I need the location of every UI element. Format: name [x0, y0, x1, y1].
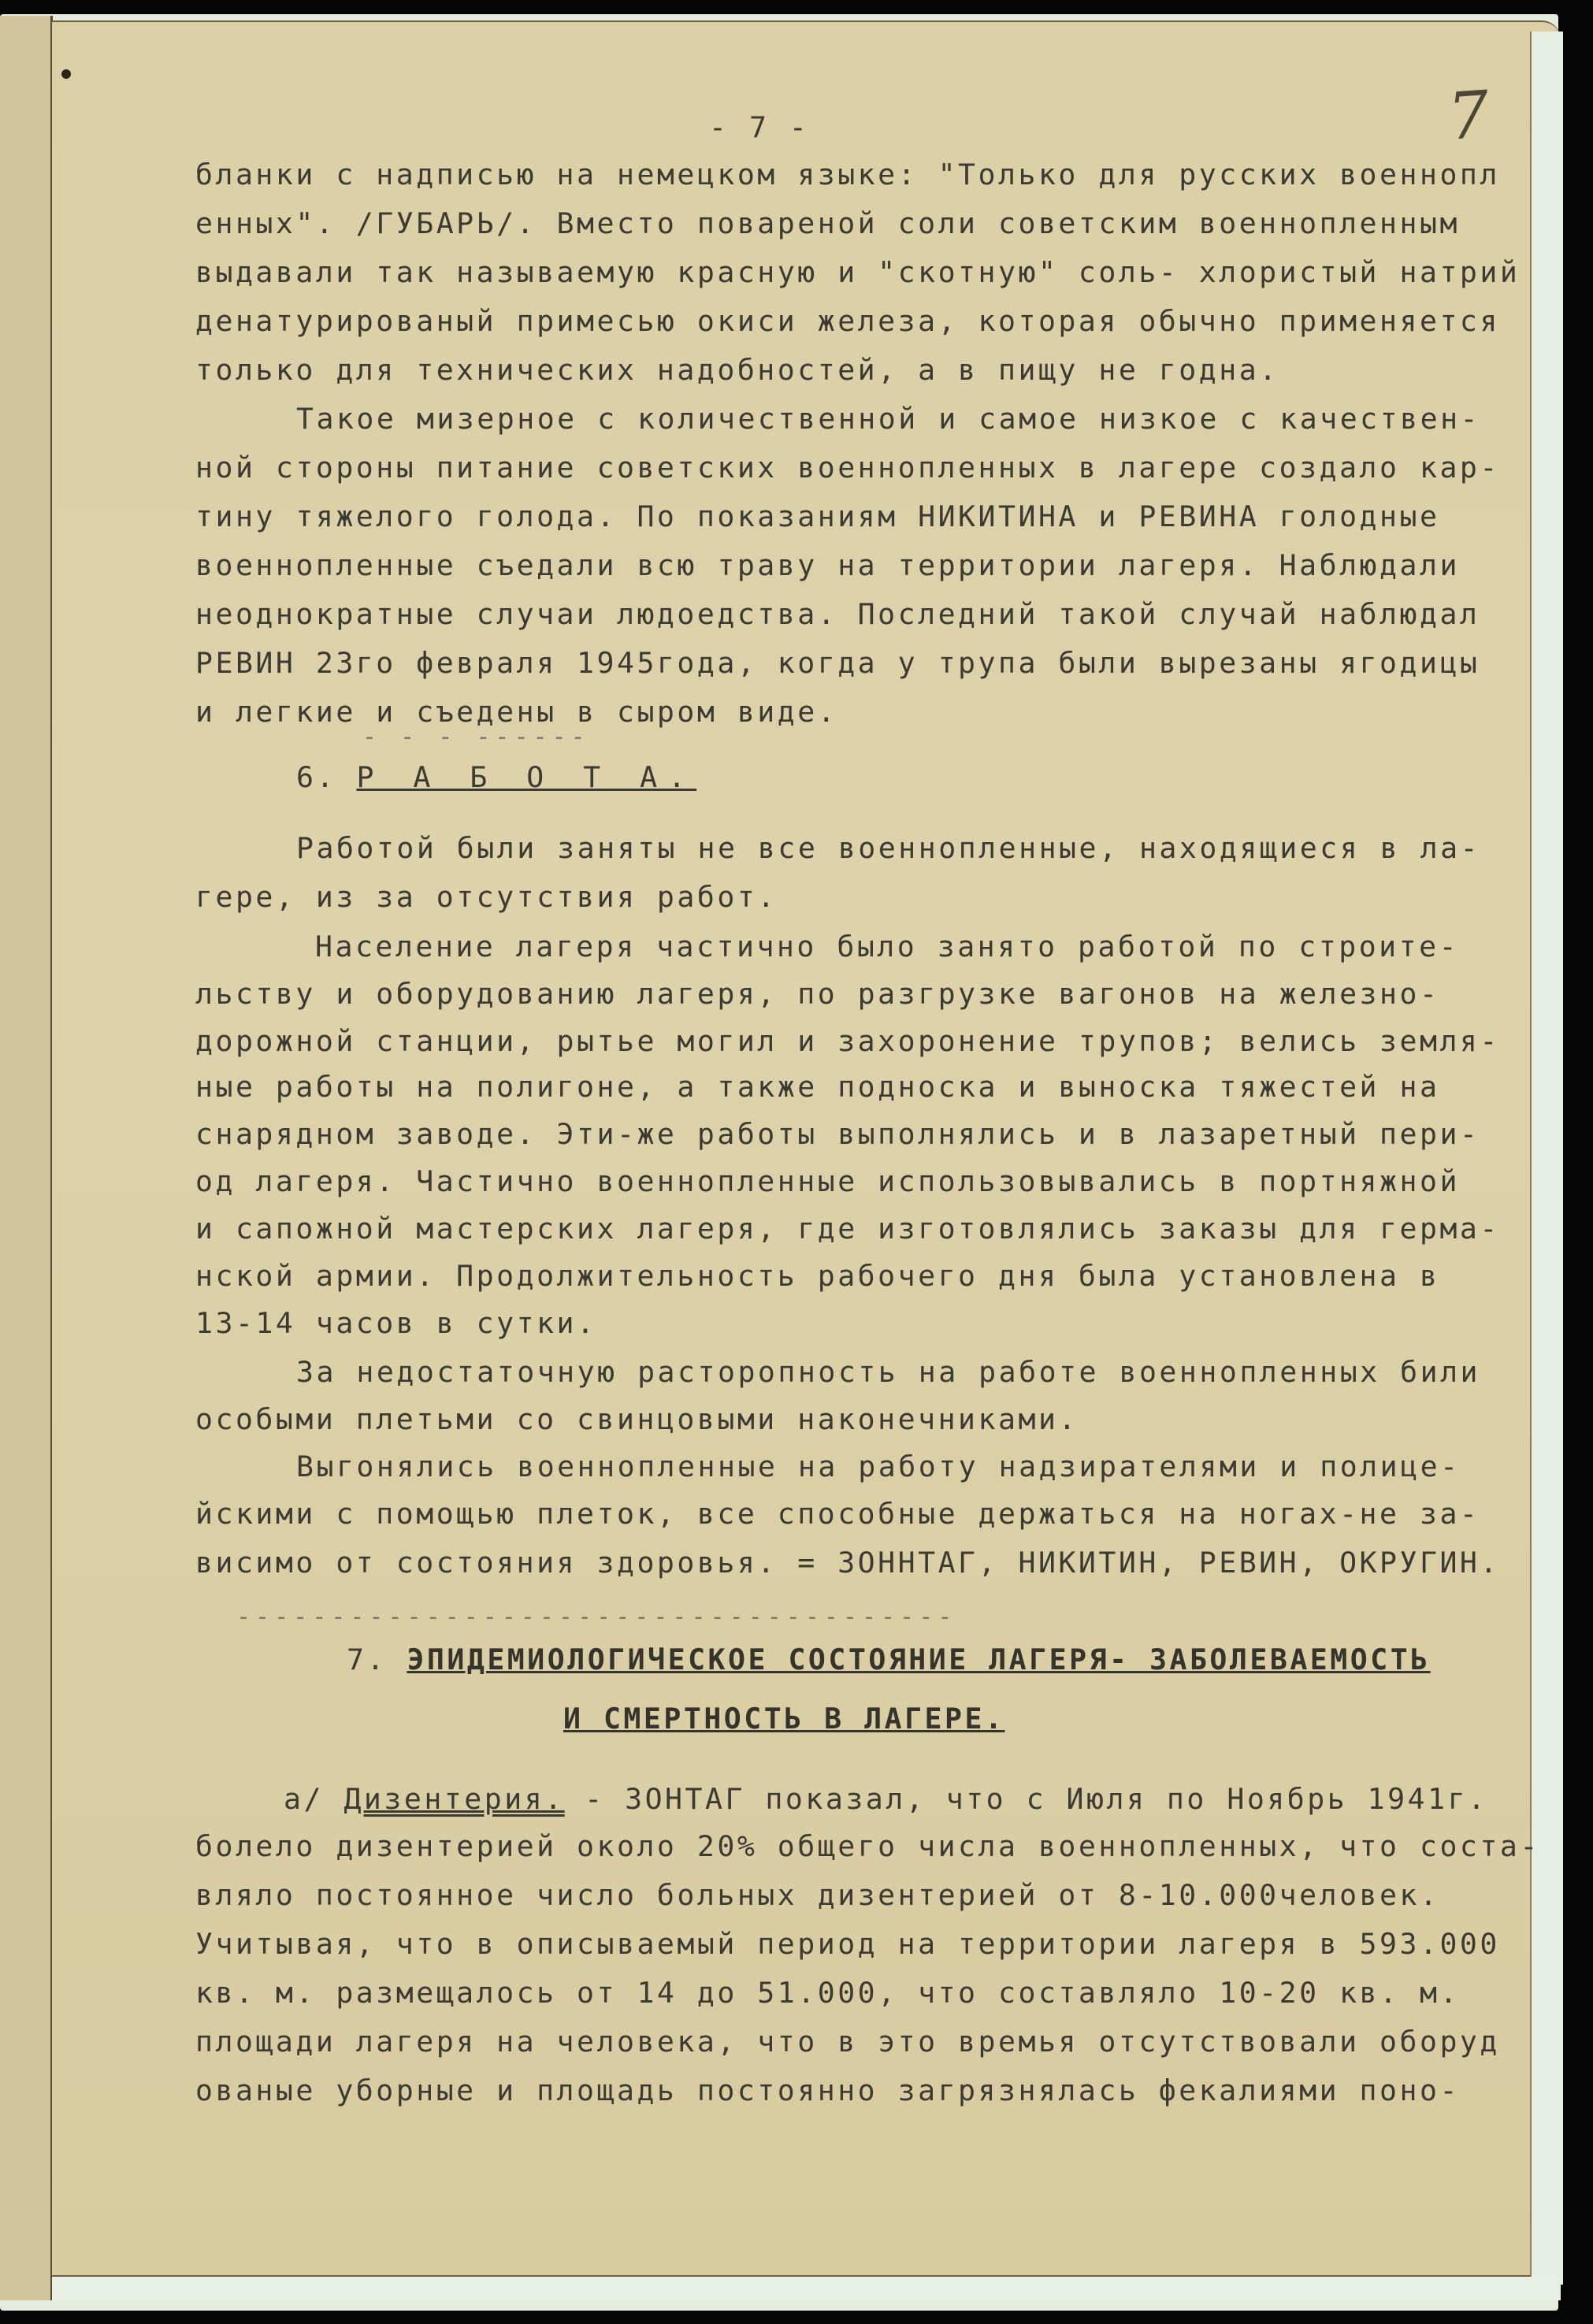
text-line: тину тяжелого голода. По показаниям НИКИ… — [195, 499, 1439, 533]
text-line: 13-14 часов в сутки. — [195, 1306, 597, 1340]
text-line: Работой были заняты не все военнопленные… — [296, 831, 1480, 865]
section-title: Р А Б О Т А. — [356, 760, 696, 794]
text-line: снарядном заводе. Эти-же работы выполнял… — [195, 1117, 1480, 1151]
section-6-heading: 6. Р А Б О Т А. — [296, 760, 696, 794]
page-margin-bottom — [52, 2277, 1561, 2300]
text-line: Выгонялись военнопленные на работу надзи… — [296, 1450, 1461, 1483]
section-number: 7. — [347, 1643, 387, 1676]
subsection-prefix: а/ — [284, 1782, 324, 1816]
text-line: ной стороны питание советских военноплен… — [195, 451, 1500, 484]
previous-page-edge — [0, 16, 53, 2300]
text-line: енных". /ГУБАРЬ/. Вместо повареной соли … — [195, 206, 1460, 240]
text-line: вляло постоянное число больных дизентери… — [195, 1878, 1439, 1912]
handwritten-page-number: 7 — [1446, 77, 1492, 154]
text-line: неоднократные случаи людоедства. Последн… — [195, 597, 1480, 631]
subsection-label: Дизентерия. — [343, 1782, 564, 1816]
text-line: РЕВИН 23го февраля 1945года, когда у тру… — [195, 646, 1480, 680]
binding-hole — [61, 69, 71, 79]
text-line: ные работы на полигоне, а также поднoска… — [195, 1070, 1439, 1104]
text-line: висимо от состояния здоровья. = ЗОННТАГ,… — [195, 1546, 1500, 1580]
section-title-line-2: И СМЕРТНОСТЬ В ЛАГЕРЕ. — [563, 1702, 1004, 1736]
separator: -------------------------------------- — [236, 1603, 956, 1631]
text-line: од лагеря. Частично военнопленные исполь… — [195, 1164, 1460, 1198]
text-line: болело дизентерией около 20% общего числ… — [195, 1829, 1540, 1863]
separator: - - - ------ — [362, 723, 590, 751]
section-title-line-1: ЭПИДЕМИОЛОГИЧЕСКОЕ СОСТОЯНИЕ ЛАГЕРЯ- ЗАБ… — [407, 1643, 1430, 1676]
text-line: ованые уборные и площадь постоянно загря… — [195, 2073, 1460, 2107]
text-line: гере, из за отсутствия работ. — [195, 880, 778, 914]
text-line: льству и оборудованию лагеря, по разгруз… — [195, 977, 1439, 1011]
text-line: нской армии. Продолжительность рабочего … — [195, 1259, 1439, 1293]
section-7-heading: 7. ЭПИДЕМИОЛОГИЧЕСКОЕ СОСТОЯНИЕ ЛАГЕРЯ- … — [347, 1643, 1431, 1676]
section-number: 6. — [296, 760, 336, 794]
text-line: дорожной станции, рытье могил и захороне… — [195, 1024, 1500, 1058]
text-line: и сапожной мастерских лагеря, где изгото… — [195, 1212, 1500, 1246]
text-line: военнопленные съедали всю траву на терри… — [195, 548, 1460, 582]
text-line: бланки с надписью на немецком языке: "То… — [195, 158, 1500, 191]
text-line: особыми плетьми со свинцовыми наконечник… — [195, 1402, 1079, 1436]
subsection-text: - ЗОНТАГ показал, что с Июля по Ноябрь 1… — [565, 1782, 1488, 1816]
text-line: Такое мизерное с количественной и самое … — [296, 402, 1480, 436]
subsection-a-line: а/ Дизентерия. - ЗОНТАГ показал, что с И… — [284, 1782, 1488, 1816]
text-line: денатурированый примесью окиси железа, к… — [195, 304, 1500, 338]
text-line: выдавали так называемую красную и "скотн… — [195, 255, 1520, 289]
text-line: йскими с помощью плеток, все способные д… — [195, 1497, 1480, 1531]
text-line: Население лагеря частично было занято ра… — [315, 930, 1459, 963]
page-margin-right — [1530, 32, 1563, 2285]
text-line: Учитывая, что в описываемый период на те… — [195, 1927, 1500, 1961]
text-line: За недостаточную расторопность на работе… — [296, 1355, 1480, 1389]
typed-page-number: - 7 - — [709, 110, 809, 144]
text-line: только для технических надобностей, а в … — [195, 353, 1279, 387]
text-line: кв. м. размещалось от 14 до 51.000, что … — [195, 1976, 1460, 2010]
text-line: площади лагеря на человека, что в это вр… — [195, 2025, 1500, 2059]
